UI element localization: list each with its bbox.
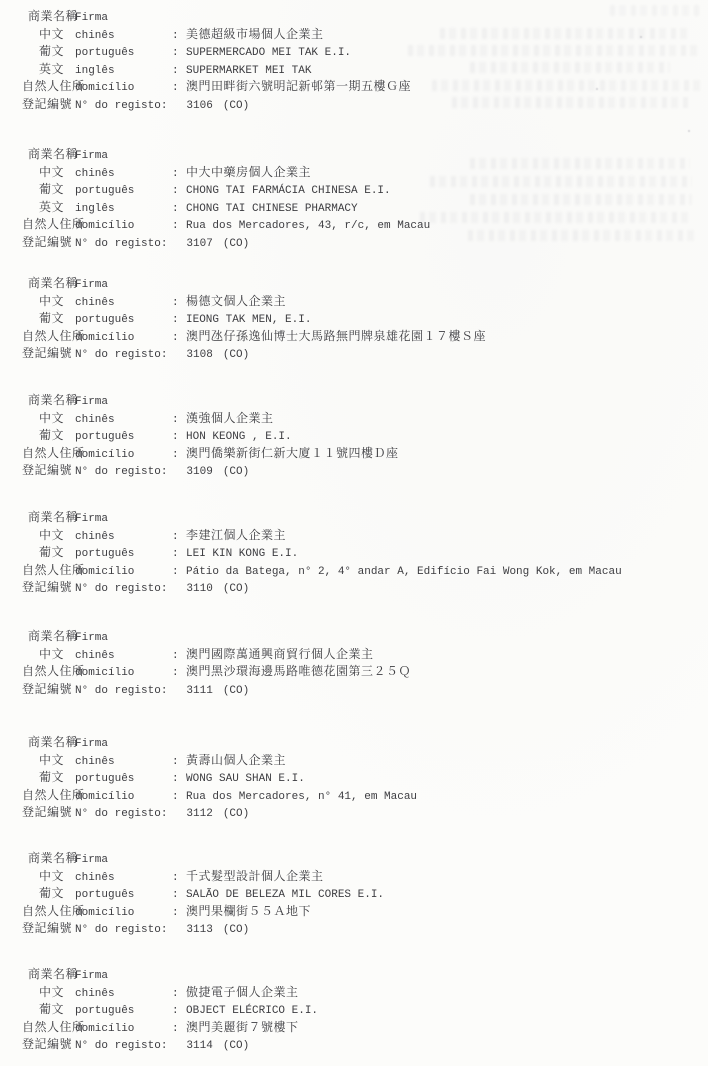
field-row: 中文chinês:楊德文個人企業主 xyxy=(22,294,704,312)
field-label-zh: 商業名稱 xyxy=(22,851,75,869)
field-label-pt: N° do registo: xyxy=(75,236,167,254)
field-row: 商業名稱Firma xyxy=(22,510,704,528)
field-label-zh: 商業名稱 xyxy=(22,393,75,411)
field-row: 商業名稱Firma xyxy=(22,147,704,165)
field-label-pt: N° do registo: xyxy=(75,347,167,365)
colon-separator: : xyxy=(172,1021,186,1039)
field-label-pt: Firma xyxy=(75,511,172,529)
field-row: 商業名稱Firma xyxy=(22,393,704,411)
colon-separator: : xyxy=(172,905,186,923)
field-label-zh: 葡文 xyxy=(22,886,75,904)
field-label-zh: 中文 xyxy=(22,985,75,1003)
portuguese-name: CHONG TAI FARMÁCIA CHINESA E.I. xyxy=(186,183,704,201)
portuguese-name: SUPERMERCADO MEI TAK E.I. xyxy=(186,45,704,63)
field-label-pt: domicílio xyxy=(75,447,172,465)
field-label-zh: 登記編號 xyxy=(22,921,75,939)
address: Rua dos Mercadores, n° 41, em Macau xyxy=(186,789,704,807)
address: 澳門氹仔孫逸仙博士大馬路無門牌泉雄花園１７樓Ｓ座 xyxy=(186,329,704,347)
field-row: 英文inglês:CHONG TAI CHINESE PHARMACY xyxy=(22,200,704,218)
colon-separator: : xyxy=(172,45,186,63)
field-label-pt: Firma xyxy=(75,10,172,28)
field-row: 葡文português:SUPERMERCADO MEI TAK E.I. xyxy=(22,44,704,62)
portuguese-name: LEI KIN KONG E.I. xyxy=(186,546,704,564)
field-label-zh: 登記編號 xyxy=(22,1037,75,1055)
registry-number-row: 登記編號N° do registo:3109(CO) xyxy=(22,463,704,481)
field-row: 葡文português:WONG SAU SHAN E.I. xyxy=(22,770,704,788)
registry-suffix: (CO) xyxy=(223,806,249,824)
field-row: 自然人住所domicílio:澳門田畔街六號明記新邨第一期五樓Ｇ座 xyxy=(22,79,704,97)
address: 澳門僑樂新街仁新大廈１１號四樓Ｄ座 xyxy=(186,446,704,464)
registry-number-row: 登記編號N° do registo:3110(CO) xyxy=(22,580,704,598)
field-label-pt: português xyxy=(75,45,172,63)
colon-separator: : xyxy=(172,665,186,683)
field-label-zh: 中文 xyxy=(22,27,75,45)
registry-suffix: (CO) xyxy=(223,581,249,599)
field-label-zh: 自然人住所 xyxy=(22,329,75,347)
field-row: 中文chinês:澳門國際萬通興商貿行個人企業主 xyxy=(22,647,704,665)
field-label-pt: domicílio xyxy=(75,905,172,923)
field-row: 自然人住所domicílio:Rua dos Mercadores, 43, r… xyxy=(22,217,704,235)
field-row: 商業名稱Firma xyxy=(22,851,704,869)
registry-entry: 商業名稱Firma中文chinês:美德超級市場個人企業主葡文português… xyxy=(22,9,704,114)
registry-number-row: 登記編號N° do registo:3108(CO) xyxy=(22,346,704,364)
document-page: 商業名稱Firma中文chinês:美德超級市場個人企業主葡文português… xyxy=(0,0,708,1066)
field-label-zh: 自然人住所 xyxy=(22,664,75,682)
field-label-zh: 登記編號 xyxy=(22,463,75,481)
field-label-pt: português xyxy=(75,887,172,905)
address: Pátio da Batega, n° 2, 4° andar A, Edifí… xyxy=(186,564,704,582)
field-label-zh: 商業名稱 xyxy=(22,510,75,528)
registry-number: 3112 xyxy=(186,806,212,824)
colon-separator: : xyxy=(172,201,186,219)
field-row: 商業名稱Firma xyxy=(22,967,704,985)
address: 澳門美麗街７號樓下 xyxy=(186,1020,704,1038)
field-row: 自然人住所domicílio:Rua dos Mercadores, n° 41… xyxy=(22,788,704,806)
colon-separator: : xyxy=(172,63,186,81)
field-label-zh: 商業名稱 xyxy=(22,147,75,165)
chinese-name: 傲捷電子個人企業主 xyxy=(186,985,704,1003)
registry-suffix: (CO) xyxy=(223,464,249,482)
registry-suffix: (CO) xyxy=(223,922,249,940)
field-label-zh: 英文 xyxy=(22,200,75,218)
registry-number-row: 登記編號N° do registo:3113(CO) xyxy=(22,921,704,939)
registry-number: 3107 xyxy=(186,236,212,254)
colon-separator: : xyxy=(172,166,186,184)
field-row: 葡文português:IEONG TAK MEN, E.I. xyxy=(22,311,704,329)
colon-separator: : xyxy=(172,1003,186,1021)
field-label-pt: português xyxy=(75,771,172,789)
field-label-zh: 中文 xyxy=(22,528,75,546)
field-row: 自然人住所domicílio:澳門黑沙環海邊馬路唯德花園第三２５Ｑ xyxy=(22,664,704,682)
field-label-zh: 自然人住所 xyxy=(22,1020,75,1038)
field-label-pt: N° do registo: xyxy=(75,922,167,940)
field-label-zh: 自然人住所 xyxy=(22,217,75,235)
field-row: 商業名稱Firma xyxy=(22,629,704,647)
field-label-zh: 自然人住所 xyxy=(22,904,75,922)
field-label-zh: 登記編號 xyxy=(22,346,75,364)
colon-separator: : xyxy=(172,412,186,430)
registry-entry: 商業名稱Firma中文chinês:黃壽山個人企業主葡文português:WO… xyxy=(22,735,704,823)
address: 澳門黑沙環海邊馬路唯德花園第三２５Ｑ xyxy=(186,664,704,682)
colon-separator: : xyxy=(172,648,186,666)
field-row: 中文chinês:千式髮型設計個人企業主 xyxy=(22,869,704,887)
field-label-zh: 自然人住所 xyxy=(22,788,75,806)
field-label-zh: 中文 xyxy=(22,165,75,183)
chinese-name: 漢強個人企業主 xyxy=(186,411,704,429)
field-label-zh: 中文 xyxy=(22,647,75,665)
field-label-pt: português xyxy=(75,183,172,201)
field-label-zh: 登記編號 xyxy=(22,682,75,700)
registry-entry: 商業名稱Firma中文chinês:漢強個人企業主葡文português:HON… xyxy=(22,393,704,481)
chinese-name: 中大中藥房個人企業主 xyxy=(186,165,704,183)
registry-number-row: 登記編號N° do registo:3111(CO) xyxy=(22,682,704,700)
registry-suffix: (CO) xyxy=(223,98,249,116)
field-label-zh: 中文 xyxy=(22,294,75,312)
field-label-pt: N° do registo: xyxy=(75,464,167,482)
registry-entry: 商業名稱Firma中文chinês:李建江個人企業主葡文português:LE… xyxy=(22,510,704,598)
field-label-pt: N° do registo: xyxy=(75,581,167,599)
registry-suffix: (CO) xyxy=(223,1038,249,1056)
chinese-name: 澳門國際萬通興商貿行個人企業主 xyxy=(186,647,704,665)
field-label-pt: Firma xyxy=(75,968,172,986)
field-label-pt: domicílio xyxy=(75,1021,172,1039)
colon-separator: : xyxy=(172,429,186,447)
field-label-zh: 葡文 xyxy=(22,44,75,62)
field-label-pt: domicílio xyxy=(75,789,172,807)
field-label-zh: 英文 xyxy=(22,62,75,80)
field-row: 葡文português:OBJECT ELÉCRICO E.I. xyxy=(22,1002,704,1020)
field-label-pt: N° do registo: xyxy=(75,1038,167,1056)
field-label-pt: inglês xyxy=(75,63,172,81)
colon-separator: : xyxy=(172,529,186,547)
field-label-pt: Firma xyxy=(75,630,172,648)
registry-suffix: (CO) xyxy=(223,347,249,365)
field-label-zh: 葡文 xyxy=(22,182,75,200)
field-label-zh: 中文 xyxy=(22,869,75,887)
field-row: 商業名稱Firma xyxy=(22,9,704,27)
field-label-pt: N° do registo: xyxy=(75,806,167,824)
scan-speckle xyxy=(596,88,598,90)
registry-number: 3110 xyxy=(186,581,212,599)
field-label-pt: chinês xyxy=(75,166,172,184)
field-label-zh: 登記編號 xyxy=(22,235,75,253)
colon-separator: : xyxy=(172,870,186,888)
english-name: CHONG TAI CHINESE PHARMACY xyxy=(186,201,704,219)
field-label-zh: 登記編號 xyxy=(22,805,75,823)
field-label-pt: N° do registo: xyxy=(75,683,167,701)
portuguese-name: WONG SAU SHAN E.I. xyxy=(186,771,704,789)
field-row: 葡文português:SALÃO DE BELEZA MIL CORES E.… xyxy=(22,886,704,904)
field-row: 英文inglês:SUPERMARKET MEI TAK xyxy=(22,62,704,80)
field-label-pt: português xyxy=(75,546,172,564)
registry-entry: 商業名稱Firma中文chinês:楊德文個人企業主葡文português:IE… xyxy=(22,276,704,364)
colon-separator: : xyxy=(172,789,186,807)
field-label-pt: domicílio xyxy=(75,80,172,98)
registry-suffix: (CO) xyxy=(223,683,249,701)
portuguese-name: HON KEONG , E.I. xyxy=(186,429,704,447)
field-row: 自然人住所domicílio:澳門美麗街７號樓下 xyxy=(22,1020,704,1038)
field-row: 中文chinês:黃壽山個人企業主 xyxy=(22,753,704,771)
colon-separator: : xyxy=(172,447,186,465)
registry-entry: 商業名稱Firma中文chinês:中大中藥房個人企業主葡文português:… xyxy=(22,147,704,252)
field-label-zh: 商業名稱 xyxy=(22,629,75,647)
field-row: 自然人住所domicílio:澳門僑樂新街仁新大廈１１號四樓Ｄ座 xyxy=(22,446,704,464)
registry-entry: 商業名稱Firma中文chinês:千式髮型設計個人企業主葡文português… xyxy=(22,851,704,939)
field-label-pt: Firma xyxy=(75,148,172,166)
field-row: 葡文português:CHONG TAI FARMÁCIA CHINESA E… xyxy=(22,182,704,200)
field-label-zh: 自然人住所 xyxy=(22,446,75,464)
colon-separator: : xyxy=(172,564,186,582)
chinese-name: 千式髮型設計個人企業主 xyxy=(186,869,704,887)
address: Rua dos Mercadores, 43, r/c, em Macau xyxy=(186,218,704,236)
field-row: 自然人住所domicílio:Pátio da Batega, n° 2, 4°… xyxy=(22,563,704,581)
registry-entry: 商業名稱Firma中文chinês:澳門國際萬通興商貿行個人企業主自然人住所do… xyxy=(22,629,704,699)
portuguese-name: SALÃO DE BELEZA MIL CORES E.I. xyxy=(186,887,704,905)
field-label-pt: português xyxy=(75,429,172,447)
field-label-zh: 登記編號 xyxy=(22,580,75,598)
field-label-pt: Firma xyxy=(75,736,172,754)
address: 澳門果欄街５５Ａ地下 xyxy=(186,904,704,922)
field-label-pt: domicílio xyxy=(75,665,172,683)
portuguese-name: IEONG TAK MEN, E.I. xyxy=(186,312,704,330)
field-label-pt: português xyxy=(75,1003,172,1021)
scan-speckle xyxy=(688,130,690,132)
field-row: 商業名稱Firma xyxy=(22,735,704,753)
field-label-zh: 葡文 xyxy=(22,545,75,563)
field-label-pt: Firma xyxy=(75,277,172,295)
registry-number: 3109 xyxy=(186,464,212,482)
field-label-zh: 自然人住所 xyxy=(22,79,75,97)
field-row: 自然人住所domicílio:澳門果欄街５５Ａ地下 xyxy=(22,904,704,922)
field-label-zh: 葡文 xyxy=(22,1002,75,1020)
chinese-name: 美德超級市場個人企業主 xyxy=(186,27,704,45)
field-label-zh: 葡文 xyxy=(22,311,75,329)
field-label-pt: chinês xyxy=(75,986,172,1004)
field-row: 中文chinês:李建江個人企業主 xyxy=(22,528,704,546)
field-label-pt: português xyxy=(75,312,172,330)
field-row: 自然人住所domicílio:澳門氹仔孫逸仙博士大馬路無門牌泉雄花園１７樓Ｓ座 xyxy=(22,329,704,347)
field-label-zh: 葡文 xyxy=(22,770,75,788)
field-label-pt: chinês xyxy=(75,648,172,666)
registry-number-row: 登記編號N° do registo:3112(CO) xyxy=(22,805,704,823)
field-label-zh: 自然人住所 xyxy=(22,563,75,581)
field-label-pt: Firma xyxy=(75,394,172,412)
field-label-zh: 商業名稱 xyxy=(22,967,75,985)
registry-entry: 商業名稱Firma中文chinês:傲捷電子個人企業主葡文português:O… xyxy=(22,967,704,1055)
field-label-pt: domicílio xyxy=(75,218,172,236)
field-label-pt: N° do registo: xyxy=(75,98,167,116)
english-name: SUPERMARKET MEI TAK xyxy=(186,63,704,81)
field-label-pt: chinês xyxy=(75,870,172,888)
colon-separator: : xyxy=(172,183,186,201)
field-label-zh: 商業名稱 xyxy=(22,9,75,27)
registry-number-row: 登記編號N° do registo:3107(CO) xyxy=(22,235,704,253)
field-label-pt: domicílio xyxy=(75,564,172,582)
field-row: 中文chinês:中大中藥房個人企業主 xyxy=(22,165,704,183)
field-row: 葡文português:LEI KIN KONG E.I. xyxy=(22,545,704,563)
field-row: 商業名稱Firma xyxy=(22,276,704,294)
field-label-pt: chinês xyxy=(75,754,172,772)
field-label-pt: inglês xyxy=(75,201,172,219)
colon-separator: : xyxy=(172,546,186,564)
field-label-pt: chinês xyxy=(75,412,172,430)
portuguese-name: OBJECT ELÉCRICO E.I. xyxy=(186,1003,704,1021)
field-label-pt: chinês xyxy=(75,28,172,46)
scan-speckle xyxy=(640,36,642,38)
field-label-zh: 葡文 xyxy=(22,428,75,446)
colon-separator: : xyxy=(172,80,186,98)
address: 澳門田畔街六號明記新邨第一期五樓Ｇ座 xyxy=(186,79,704,97)
field-label-pt: chinês xyxy=(75,529,172,547)
colon-separator: : xyxy=(172,330,186,348)
field-row: 中文chinês:傲捷電子個人企業主 xyxy=(22,985,704,1003)
field-label-zh: 商業名稱 xyxy=(22,735,75,753)
chinese-name: 楊德文個人企業主 xyxy=(186,294,704,312)
field-label-zh: 登記編號 xyxy=(22,97,75,115)
field-label-zh: 中文 xyxy=(22,411,75,429)
colon-separator: : xyxy=(172,986,186,1004)
chinese-name: 黃壽山個人企業主 xyxy=(186,753,704,771)
colon-separator: : xyxy=(172,218,186,236)
registry-number: 3113 xyxy=(186,922,212,940)
registry-number-row: 登記編號N° do registo:3106(CO) xyxy=(22,97,704,115)
field-label-zh: 商業名稱 xyxy=(22,276,75,294)
registry-number: 3111 xyxy=(186,683,212,701)
field-label-zh: 中文 xyxy=(22,753,75,771)
registry-number: 3108 xyxy=(186,347,212,365)
colon-separator: : xyxy=(172,771,186,789)
registry-number-row: 登記編號N° do registo:3114(CO) xyxy=(22,1037,704,1055)
colon-separator: : xyxy=(172,295,186,313)
field-row: 葡文português:HON KEONG , E.I. xyxy=(22,428,704,446)
colon-separator: : xyxy=(172,28,186,46)
registry-number: 3106 xyxy=(186,98,212,116)
colon-separator: : xyxy=(172,312,186,330)
chinese-name: 李建江個人企業主 xyxy=(186,528,704,546)
field-label-pt: domicílio xyxy=(75,330,172,348)
field-label-pt: chinês xyxy=(75,295,172,313)
field-row: 中文chinês:美德超級市場個人企業主 xyxy=(22,27,704,45)
colon-separator: : xyxy=(172,754,186,772)
field-label-pt: Firma xyxy=(75,852,172,870)
registry-number: 3114 xyxy=(186,1038,212,1056)
field-row: 中文chinês:漢強個人企業主 xyxy=(22,411,704,429)
colon-separator: : xyxy=(172,887,186,905)
registry-suffix: (CO) xyxy=(223,236,249,254)
